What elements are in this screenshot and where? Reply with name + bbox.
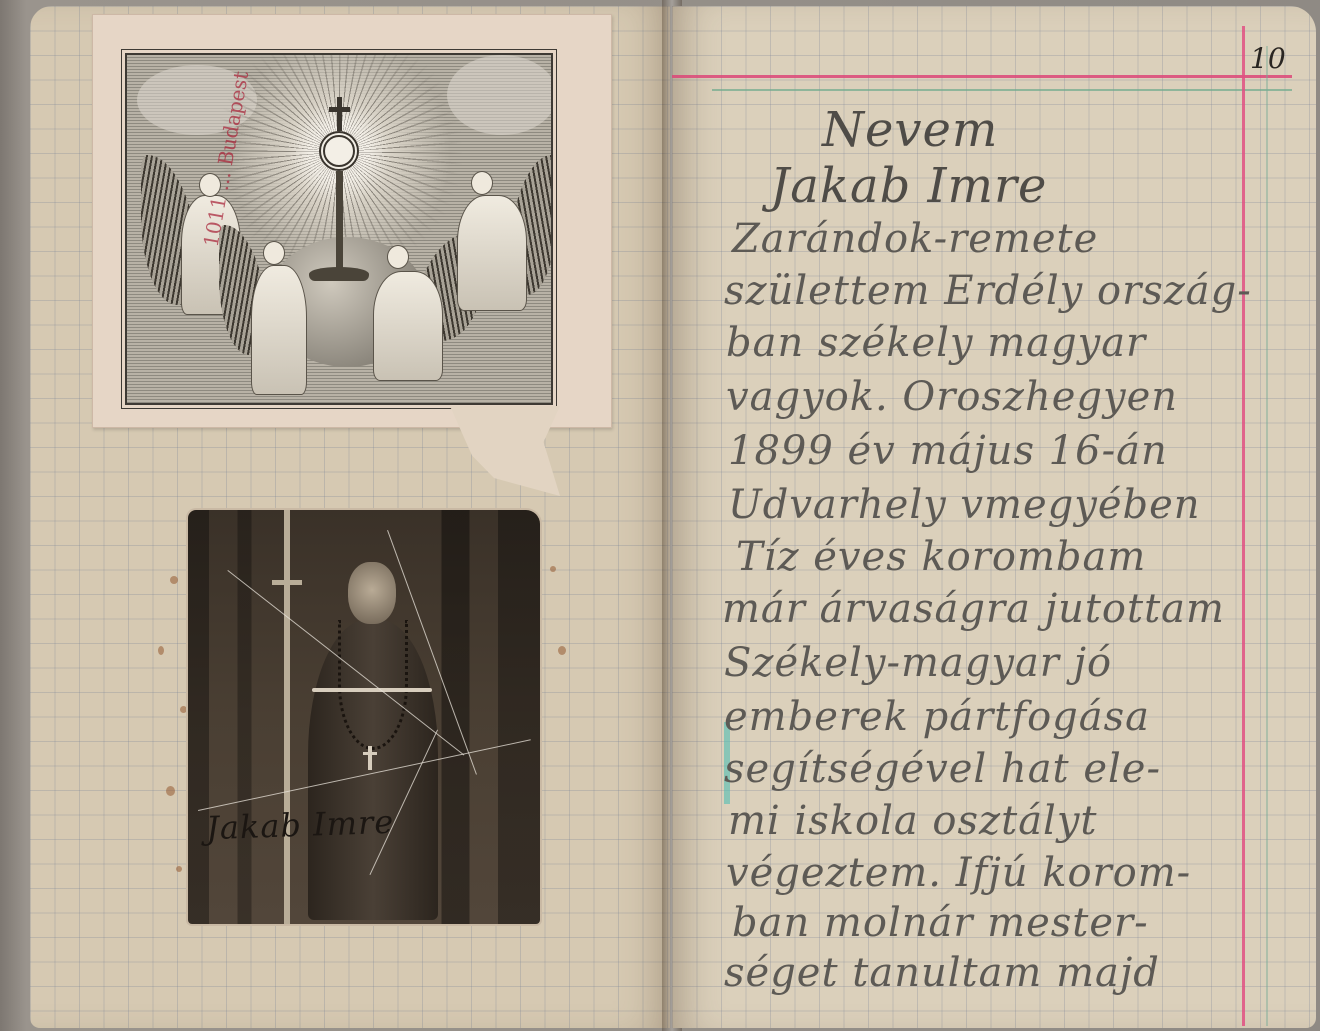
- handwritten-line: Jakab Imre: [770, 158, 1047, 214]
- handwritten-line: Nevem: [822, 102, 998, 158]
- margin-rule-green: [1266, 46, 1268, 1026]
- handwritten-line: Udvarhely vmegyében: [728, 482, 1201, 528]
- stain: [166, 786, 175, 796]
- staff: [284, 510, 290, 924]
- stain: [558, 646, 566, 655]
- monk-photograph: Jakab Imre: [188, 510, 540, 924]
- torn-paper-remnant: [450, 406, 560, 496]
- handwritten-line: emberek pártfogása: [724, 694, 1150, 740]
- handwritten-line: végeztem. Ifjú korom-: [726, 850, 1191, 896]
- page-number: 10: [1250, 42, 1286, 75]
- stain: [176, 866, 182, 872]
- handwritten-line: Tíz éves korombam: [736, 534, 1146, 580]
- handwritten-line: mi iskola osztályt: [728, 798, 1098, 844]
- photo-signature: Jakab Imre: [205, 803, 394, 848]
- stain: [170, 576, 178, 584]
- handwritten-line: ban molnár mester-: [732, 900, 1149, 946]
- cloud: [447, 55, 553, 135]
- monk-face: [348, 562, 396, 624]
- angel-with-censer: [447, 155, 553, 315]
- stain: [180, 706, 187, 713]
- right-page: 10 Nevem Jakab Imre Zarándok-remete szül…: [672, 6, 1316, 1028]
- angel-kneeling-left: [219, 225, 329, 400]
- handwritten-line: ban székely magyar: [726, 320, 1146, 366]
- handwritten-line: Székely-magyar jó: [724, 640, 1112, 686]
- header-rule-green: [712, 89, 1292, 91]
- staff-cross-icon: [272, 580, 302, 585]
- handwritten-line: 1899 év május 16-án: [728, 428, 1168, 474]
- handwritten-line: Zarándok-remete: [732, 216, 1098, 262]
- crucifix-icon: [368, 746, 372, 770]
- left-page: 1011 ... Budapest Jakab Imre: [30, 6, 670, 1028]
- pasted-engraving-card: 1011 ... Budapest: [92, 14, 612, 428]
- handwritten-line: vagyok. Oroszhegyen: [726, 374, 1178, 420]
- monstrance-engraving: 1011 ... Budapest: [125, 53, 553, 405]
- handwritten-line: segítségével hat ele-: [724, 746, 1161, 792]
- cord-belt: [312, 688, 432, 692]
- handwritten-line: születtem Erdély ország-: [724, 268, 1252, 314]
- handwritten-line: séget tanultam majd: [724, 950, 1160, 996]
- stain: [158, 646, 164, 655]
- notebook-spread: 1011 ... Budapest Jakab Imre 10 Nevem: [0, 0, 1320, 1031]
- margin-rule-red: [1242, 26, 1245, 1026]
- handwritten-line: már árvaságra jutottam: [722, 586, 1225, 632]
- header-rule-red: [672, 75, 1292, 78]
- stain: [550, 566, 556, 572]
